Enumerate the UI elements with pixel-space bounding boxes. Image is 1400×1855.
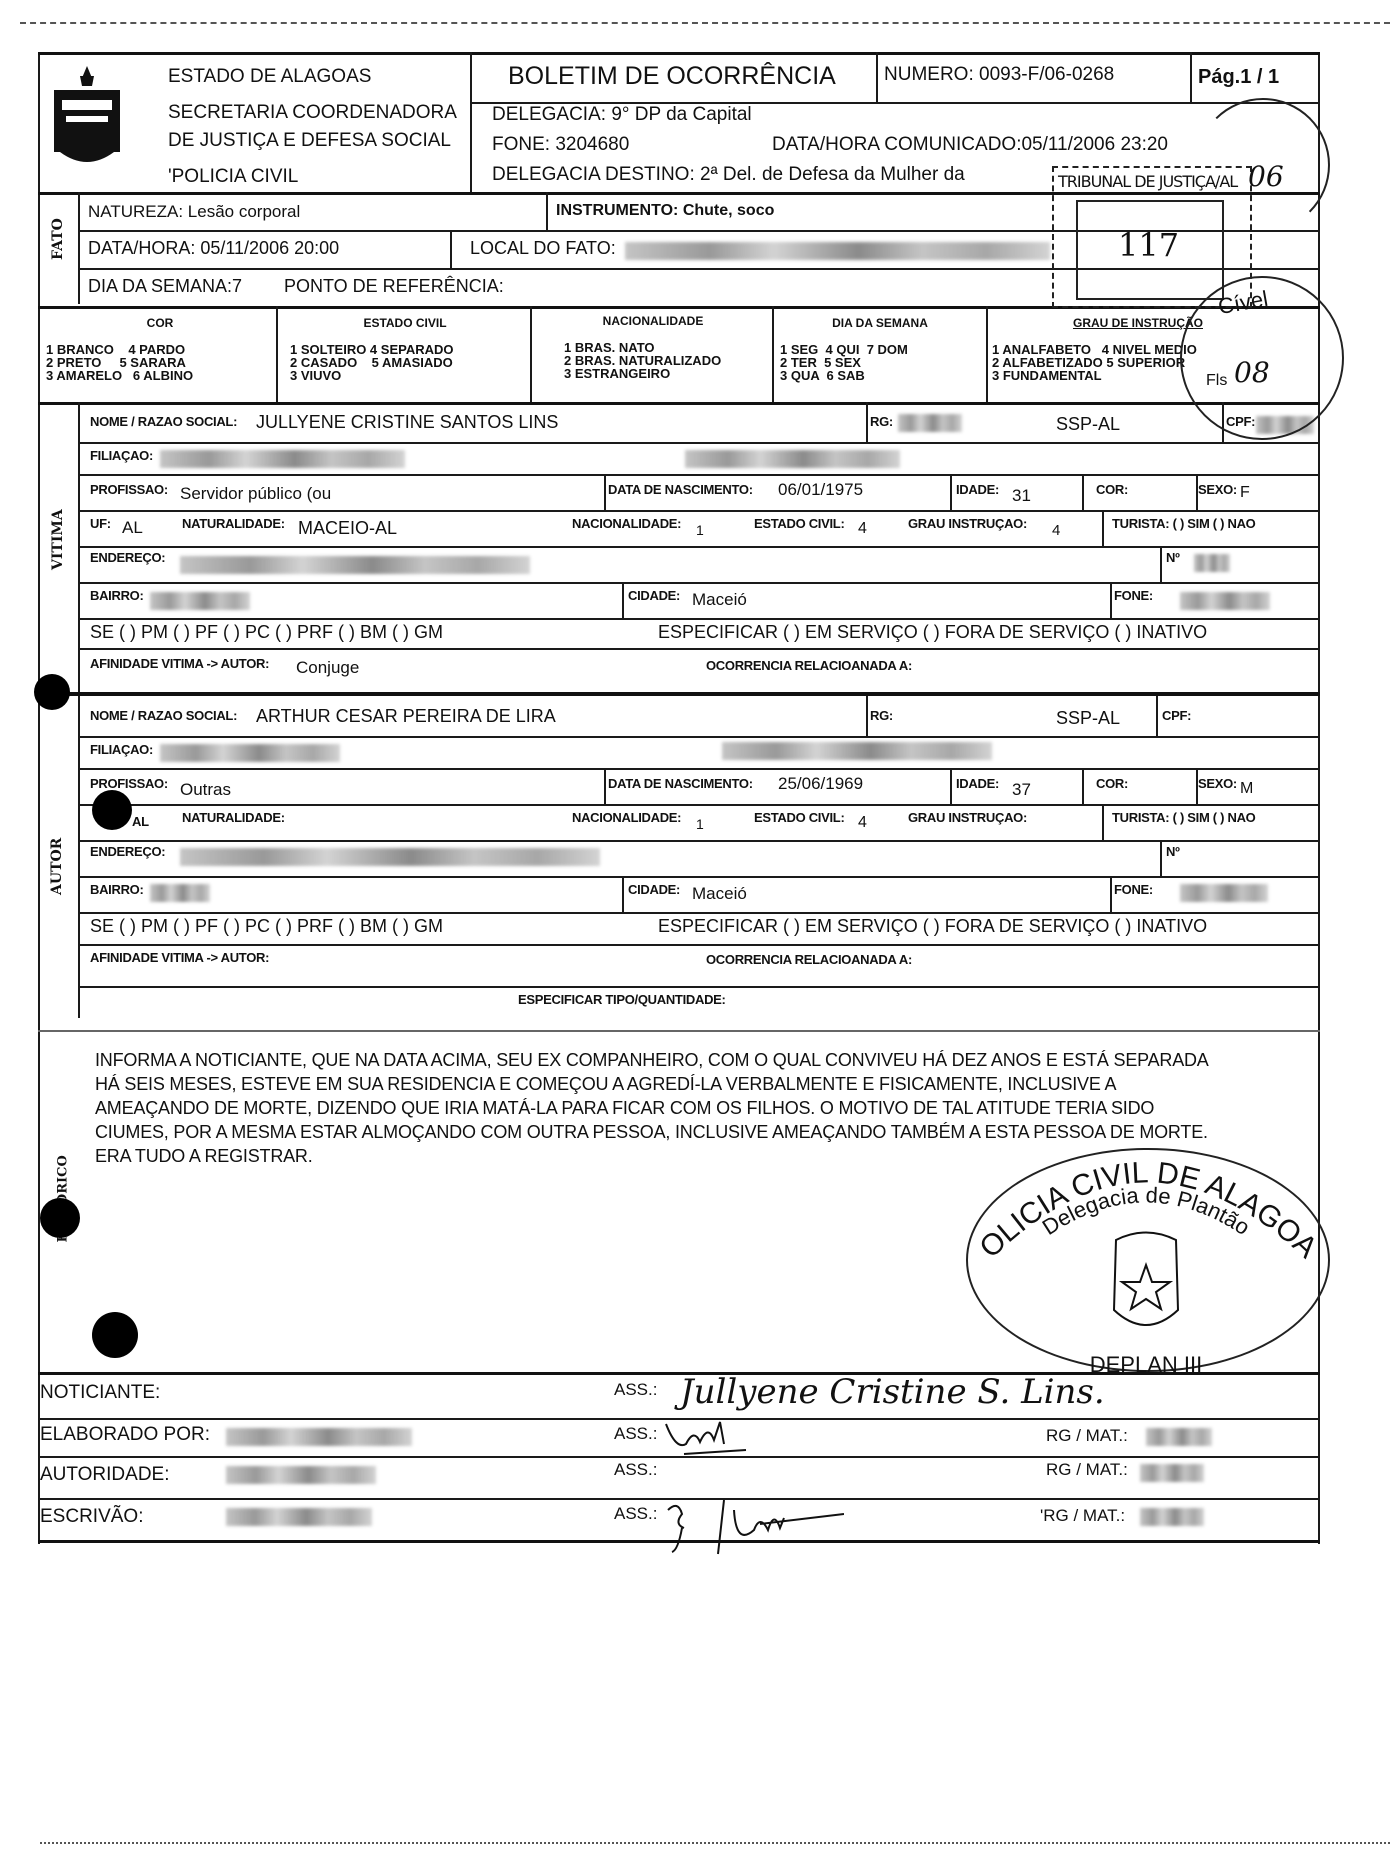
escrivao-redacted [226, 1508, 372, 1526]
autor-fone-redacted [1180, 884, 1268, 902]
vitima-filiacao-label: FILIAÇAO: [90, 448, 153, 463]
v-rg-divider [866, 402, 868, 444]
autor-cor-label: COR: [1096, 776, 1128, 791]
a-line-3 [78, 804, 1318, 806]
vitima-sexo-label: SEXO: [1198, 482, 1237, 497]
legend-nacionalidade-body: 1 BRAS. NATO 2 BRAS. NATURALIZADO 3 ESTR… [564, 341, 721, 380]
autoridade-rg-redacted [1140, 1464, 1204, 1482]
escrivao-label: ESCRIVÃO: [40, 1506, 143, 1528]
autor-nacionalidade-label: NACIONALIDADE: [572, 810, 681, 825]
a-cpf-divider [1156, 696, 1158, 736]
sig-line-2 [38, 1456, 1320, 1458]
autor-numero-label: Nº [1166, 844, 1180, 859]
legend-cor-title: COR [40, 316, 280, 330]
v-fone-divider [1110, 582, 1112, 618]
vitima-rg-label: RG: [870, 414, 893, 429]
fato-divider-2 [450, 230, 452, 268]
a-line-6 [78, 912, 1318, 914]
legend-dia-semana-title: DIA DA SEMANA [774, 316, 986, 330]
natureza: NATUREZA: Lesão corporal [88, 202, 300, 222]
page-indicator: Pág.1 / 1 [1198, 66, 1279, 89]
legend-bottom [38, 402, 1320, 405]
elaborado-ass-label: ASS.: [614, 1424, 657, 1444]
title-divider-1 [876, 52, 878, 102]
legend-nacionalidade-title: NACIONALIDADE [532, 314, 774, 328]
v-line-3 [78, 510, 1318, 512]
punch-hole-mark [92, 1312, 138, 1358]
vitima-ocorrencia-label: OCORRENCIA RELACIOANADA A: [706, 658, 912, 673]
report-number: NUMERO: 0093-F/06-0268 [884, 64, 1114, 86]
fato-data-hora: DATA/HORA: 05/11/2006 20:00 [88, 238, 339, 259]
especificar-tipo-quantidade: ESPECIFICAR TIPO/QUANTIDADE: [518, 992, 726, 1007]
autor-filiacao-redacted-1 [160, 744, 340, 762]
instrumento: INSTRUMENTO: Chute, soco [556, 202, 774, 220]
historico-line: AMEAÇANDO DE MORTE, DIZENDO QUE IRIA MAT… [95, 1096, 1325, 1120]
vitima-label: VITIMA [50, 514, 66, 570]
punch-hole-mark [34, 674, 70, 710]
signatures-bottom [38, 1540, 1320, 1543]
vitima-grau-label: GRAU INSTRUÇAO: [908, 516, 1027, 531]
legend-estado-civil-title: ESTADO CIVIL [278, 316, 532, 330]
vitima-nascimento-label: DATA DE NASCIMENTO: [608, 482, 753, 497]
elaborado-rg-redacted [1146, 1428, 1212, 1446]
vitima-afinidade-label: AFINIDADE VITIMA -> AUTOR: [90, 656, 269, 671]
legend-grau-body: 1 ANALFABETO 4 NIVEL MEDIO 2 ALFABETIZAD… [992, 343, 1197, 382]
a-cor-divider [1082, 768, 1084, 804]
autor-endereco-label: ENDEREÇO: [90, 844, 165, 859]
vitima-fone-label: FONE: [1114, 588, 1153, 603]
autoridade-label: AUTORIDADE: [40, 1464, 170, 1486]
a-idade-divider [950, 768, 952, 804]
elaborado-signature [664, 1420, 754, 1460]
a-line-2 [78, 768, 1318, 770]
noticiante-ass-label: ASS.: [614, 1380, 657, 1400]
vitima-naturalidade-label: NATURALIDADE: [182, 516, 285, 531]
vitima-cidade: Maceió [692, 590, 747, 610]
v-line-2 [78, 474, 1318, 476]
vitima-ssp: SSP-AL [1056, 414, 1120, 435]
vitima-rg-redacted [898, 414, 962, 432]
vitima-se-options[interactable]: SE ( ) PM ( ) PF ( ) PC ( ) PRF ( ) BM (… [90, 622, 443, 643]
fls-label: Fls [1206, 372, 1227, 390]
vitima-grau: 4 [1052, 522, 1060, 539]
autor-grau-label: GRAU INSTRUÇAO: [908, 810, 1027, 825]
autor-nacionalidade: 1 [696, 816, 704, 832]
escrivao-rg-label: 'RG / MAT.: [1040, 1506, 1125, 1526]
autor-especificar-options[interactable]: ESPECIFICAR ( ) EM SERVIÇO ( ) FORA DE S… [658, 916, 1207, 937]
escrivao-ass-label: ASS.: [614, 1504, 657, 1524]
local-do-fato-label: LOCAL DO FATO: [470, 238, 616, 259]
autor-nome: ARTHUR CESAR PEREIRA DE LIRA [256, 706, 556, 727]
escrivao-signature [664, 1490, 844, 1560]
noticiante-signature: Jullyene Cristine S. Lins. [680, 1372, 1105, 1412]
org-line-4: 'POLICIA CIVIL [168, 166, 298, 188]
autor-cpf-label: CPF: [1162, 708, 1191, 723]
noticiante-label: NOTICIANTE: [40, 1382, 160, 1404]
a-line-8 [78, 986, 1318, 988]
fone: FONE: 3204680 [492, 134, 629, 156]
autor-bairro-label: BAIRRO: [90, 882, 144, 897]
local-do-fato-redacted [625, 242, 1050, 260]
punch-hole-mark [92, 790, 132, 830]
vitima-fone-redacted [1180, 592, 1270, 610]
vitima-filiacao-redacted-2 [685, 450, 900, 468]
ponto-de-referencia: PONTO DE REFERÊNCIA: [284, 276, 504, 297]
vitima-bairro-redacted [150, 592, 250, 610]
org-line-1: ESTADO DE ALAGOAS [168, 66, 371, 88]
legend-dia-semana-body: 1 SEG 4 QUI 7 DOM 2 TER 5 SEX 3 QUA 6 SA… [780, 343, 908, 382]
v-cidade-divider [622, 582, 624, 618]
a-nasc-divider [604, 768, 606, 804]
elaborado-redacted [226, 1428, 412, 1446]
title-divider-2 [1190, 52, 1192, 102]
autor-naturalidade-label: NATURALIDADE: [182, 810, 285, 825]
vitima-nacionalidade-label: NACIONALIDADE: [572, 516, 681, 531]
data-hora-comunicado: DATA/HORA COMUNICADO:05/11/2006 23:20 [772, 134, 1168, 156]
autor-estado-civil-label: ESTADO CIVIL: [754, 810, 844, 825]
vitima-numero-redacted [1194, 554, 1230, 572]
v-numero-divider [1160, 546, 1162, 582]
a-fone-divider [1110, 876, 1112, 912]
frame-top [38, 52, 1320, 55]
a-cidade-divider [622, 876, 624, 912]
delegacia-destino: DELEGACIA DESTINO: 2ª Del. de Defesa da … [492, 164, 965, 186]
autoridade-ass-label: ASS.: [614, 1460, 657, 1480]
autor-nome-label: NOME / RAZAO SOCIAL: [90, 708, 237, 723]
v-line-5 [78, 582, 1318, 584]
legend-cor-body: 1 BRANCO 4 PARDO 2 PRETO 5 SARARA 3 AMAR… [46, 343, 193, 382]
vitima-bottom [38, 692, 1320, 696]
autor-nascimento-label: DATA DE NASCIMENTO: [608, 776, 753, 791]
autor-filiacao-redacted-2 [722, 742, 992, 760]
autor-filiacao-label: FILIAÇAO: [90, 742, 153, 757]
a-rg-divider [866, 696, 868, 736]
autoridade-redacted [226, 1466, 376, 1484]
coat-of-arms-icon [52, 64, 122, 172]
v-nasc-divider [604, 474, 606, 510]
v-line-7 [78, 648, 1318, 650]
autor-fone-label: FONE: [1114, 882, 1153, 897]
a-turista-divider [1102, 804, 1104, 840]
elaborado-label: ELABORADO POR: [40, 1424, 210, 1446]
autor-cidade: Maceió [692, 884, 747, 904]
vitima-bairro-label: BAIRRO: [90, 588, 144, 603]
fato-side-divider [78, 192, 80, 304]
autor-ocorrencia-label: OCORRENCIA RELACIOANADA A: [706, 952, 912, 967]
scan-bottom-edge [40, 1842, 1390, 1844]
autor-rg-label: RG: [870, 708, 893, 723]
autor-estado-civil: 4 [858, 814, 867, 832]
fato-label: FATO [50, 220, 66, 260]
v-line-4 [78, 546, 1318, 548]
a-line-1 [78, 736, 1318, 738]
autor-label: AUTOR [49, 845, 65, 895]
vitima-filiacao-redacted-1 [160, 450, 405, 468]
autor-side-divider [78, 696, 80, 1018]
punch-hole-mark [40, 1198, 80, 1238]
autor-profissao-label: PROFISSAO: [90, 776, 168, 791]
vitima-naturalidade: MACEIO-AL [298, 518, 397, 539]
vitima-uf-label: UF: [90, 516, 111, 531]
autoridade-rg-label: RG / MAT.: [1046, 1460, 1128, 1480]
vitima-cor-label: COR: [1096, 482, 1128, 497]
vitima-idade-label: IDADE: [956, 482, 999, 497]
v-turista-divider [1102, 510, 1104, 546]
vitima-endereco-label: ENDEREÇO: [90, 550, 165, 565]
fls-value: 08 [1234, 356, 1270, 389]
v-line-6 [78, 618, 1318, 620]
autor-bairro-redacted [150, 884, 210, 902]
autor-sexo-label: SEXO: [1198, 776, 1237, 791]
v-cor-divider [1082, 474, 1084, 510]
header-divider [470, 52, 472, 192]
tribunal-stamp-number: 117 [1118, 226, 1179, 264]
autor-endereco-redacted [180, 848, 600, 866]
autor-nascimento: 25/06/1969 [778, 774, 863, 794]
autor-bottom [38, 1030, 1320, 1032]
autor-turista[interactable]: TURISTA: ( ) SIM ( ) NAO [1112, 810, 1255, 825]
vitima-idade: 31 [1012, 486, 1031, 506]
top-right-arc [1196, 98, 1330, 232]
vitima-nome: JULLYENE CRISTINE SANTOS LINS [256, 412, 558, 433]
historico-line: INFORMA A NOTICIANTE, QUE NA DATA ACIMA,… [95, 1048, 1325, 1072]
autor-afinidade-label: AFINIDADE VITIMA -> AUTOR: [90, 950, 269, 965]
v-line-1 [78, 442, 1318, 444]
autor-uf-label: AL [132, 814, 149, 829]
vitima-nacionalidade: 1 [696, 522, 704, 538]
frame-left [38, 52, 40, 1544]
delegacia: DELEGACIA: 9° DP da Capital [492, 104, 752, 126]
vitima-uf: AL [122, 518, 143, 538]
vitima-nome-label: NOME / RAZAO SOCIAL: [90, 414, 237, 429]
autor-ssp: SSP-AL [1056, 708, 1120, 729]
vitima-turista[interactable]: TURISTA: ( ) SIM ( ) NAO [1112, 516, 1255, 531]
historico-line: HÁ SEIS MESES, ESTEVE EM SUA RESIDENCIA … [95, 1072, 1325, 1096]
fato-divider-1 [546, 192, 548, 230]
org-line-2: SECRETARIA COORDENADORA [168, 102, 457, 124]
a-line-5 [78, 876, 1318, 878]
vitima-estado-civil-label: ESTADO CIVIL: [754, 516, 844, 531]
legend-estado-civil-body: 1 SOLTEIRO 4 SEPARADO 2 CASADO 5 AMASIAD… [290, 343, 454, 382]
autor-idade-label: IDADE: [956, 776, 999, 791]
elaborado-rg-label: RG / MAT.: [1046, 1426, 1128, 1446]
scan-top-edge [20, 22, 1390, 24]
police-stamp-text: POLICIA CIVIL DE ALAGOAS Delegacia de Pl… [966, 1140, 1326, 1380]
autor-se-options[interactable]: SE ( ) PM ( ) PF ( ) PC ( ) PRF ( ) BM (… [90, 916, 443, 937]
vitima-sexo: F [1240, 484, 1250, 502]
autor-profissao: Outras [180, 780, 231, 800]
dia-da-semana: DIA DA SEMANA:7 [88, 276, 242, 297]
vitima-profissao: Servidor público (ou [180, 484, 331, 504]
autor-sexo: M [1240, 780, 1253, 798]
org-line-3: DE JUSTIÇA E DEFESA SOCIAL [168, 130, 451, 152]
vitima-numero-label: Nº [1166, 550, 1180, 565]
autor-idade: 37 [1012, 780, 1031, 800]
vitima-nascimento: 06/01/1975 [778, 480, 863, 500]
a-line-4 [78, 840, 1318, 842]
vitima-especificar-options[interactable]: ESPECIFICAR ( ) EM SERVIÇO ( ) FORA DE S… [658, 622, 1207, 643]
vitima-endereco-redacted [180, 556, 530, 574]
v-idade-divider [950, 474, 952, 510]
report-title: BOLETIM DE OCORRÊNCIA [508, 62, 836, 91]
a-line-7 [78, 944, 1318, 946]
escrivao-rg-redacted [1140, 1508, 1204, 1526]
a-numero-divider [1160, 840, 1162, 876]
vitima-profissao-label: PROFISSAO: [90, 482, 168, 497]
autor-cidade-label: CIDADE: [628, 882, 680, 897]
vitima-cidade-label: CIDADE: [628, 588, 680, 603]
vitima-afinidade: Conjuge [296, 658, 359, 678]
signatures-top [38, 1372, 1320, 1375]
vitima-estado-civil: 4 [858, 520, 867, 538]
